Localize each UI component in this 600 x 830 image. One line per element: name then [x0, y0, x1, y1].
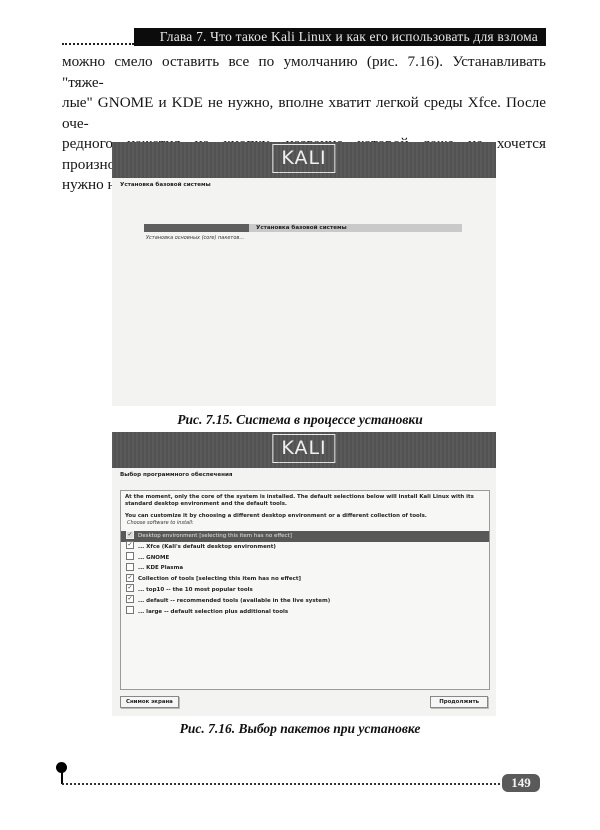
intro-text: At the moment, only the core of the syst… — [125, 494, 485, 508]
figure-caption: Рис. 7.16. Выбор пакетов при установке — [0, 721, 600, 737]
page-number: 149 — [502, 774, 540, 792]
progress-fill — [144, 224, 249, 232]
header-dotted-rule — [62, 43, 134, 45]
checkbox-checked-icon[interactable]: ✓ — [126, 584, 134, 592]
checkbox-checked-icon[interactable]: ✓ — [126, 531, 134, 539]
software-selection-panel: At the moment, only the core of the syst… — [120, 490, 490, 690]
kali-logo-tagline — [278, 462, 330, 465]
checkbox-unchecked-icon[interactable] — [126, 606, 134, 614]
software-option[interactable]: ... KDE Plasma — [121, 563, 489, 574]
figure-caption: Рис. 7.15. Система в процессе установки — [0, 412, 600, 428]
software-option-label: Collection of tools [selecting this item… — [138, 576, 301, 582]
progress-status-text: Установка основных (core) пакетов... — [146, 235, 244, 241]
software-option[interactable]: ✓... top10 -- the 10 most popular tools — [121, 585, 489, 596]
kali-logo: KALI — [272, 434, 335, 463]
software-option[interactable]: ✓... Xfce (Kali's default desktop enviro… — [121, 542, 489, 553]
software-option[interactable]: ... GNOME — [121, 553, 489, 564]
paragraph-line: лые" GNOME и KDE не нужно, вполне хватит… — [62, 93, 546, 134]
checkbox-checked-icon[interactable]: ✓ — [126, 595, 134, 603]
checkbox-checked-icon[interactable]: ✓ — [126, 541, 134, 549]
progress-label: Установка базовой системы — [256, 224, 347, 232]
footer-dotted-rule — [62, 783, 500, 785]
software-option-label: ... GNOME — [138, 555, 169, 561]
screenshot-button[interactable]: Снимок экрана — [120, 696, 179, 708]
kali-logo: KALI — [272, 144, 335, 173]
paragraph-line: можно смело оставить все по умолчанию (р… — [62, 52, 546, 93]
installer-step-title: Выбор программного обеспечения — [120, 472, 233, 478]
figure-install-progress-screenshot: KALI Установка базовой системы Установка… — [112, 142, 496, 406]
continue-button[interactable]: Продолжить — [430, 696, 488, 708]
software-option[interactable]: ... large -- default selection plus addi… — [121, 607, 489, 618]
kali-logo-tagline — [278, 172, 330, 175]
kali-banner: KALI — [112, 432, 496, 468]
customize-text: You can customize it by choosing a diffe… — [125, 513, 485, 520]
kali-banner: KALI — [112, 142, 496, 178]
install-progress-bar: Установка базовой системы — [144, 224, 462, 232]
software-option[interactable]: ✓... default -- recommended tools (avail… — [121, 596, 489, 607]
software-option-label: Desktop environment [selecting this item… — [138, 533, 292, 539]
software-option[interactable]: ✓Desktop environment [selecting this ite… — [121, 531, 489, 542]
software-option-label: ... large -- default selection plus addi… — [138, 609, 288, 615]
installer-step-title: Установка базовой системы — [120, 182, 211, 188]
checkbox-checked-icon[interactable]: ✓ — [126, 574, 134, 582]
chapter-title: Глава 7. Что такое Kali Linux и как его … — [134, 28, 546, 46]
software-option-label: ... top10 -- the 10 most popular tools — [138, 587, 253, 593]
software-checklist: ✓Desktop environment [selecting this ite… — [121, 531, 489, 617]
footer-bullet-stem — [61, 770, 63, 784]
software-option[interactable]: ✓Collection of tools [selecting this ite… — [121, 574, 489, 585]
running-header: Глава 7. Что такое Kali Linux и как его … — [62, 28, 546, 46]
software-option-label: ... default -- recommended tools (availa… — [138, 598, 330, 604]
checkbox-unchecked-icon[interactable] — [126, 552, 134, 560]
choose-software-prompt: Choose software to install: — [127, 520, 194, 526]
checkbox-unchecked-icon[interactable] — [126, 563, 134, 571]
software-option-label: ... Xfce (Kali's default desktop environ… — [138, 544, 276, 550]
figure-software-selection-screenshot: KALI Выбор программного обеспечения At t… — [112, 432, 496, 716]
software-option-label: ... KDE Plasma — [138, 565, 183, 571]
